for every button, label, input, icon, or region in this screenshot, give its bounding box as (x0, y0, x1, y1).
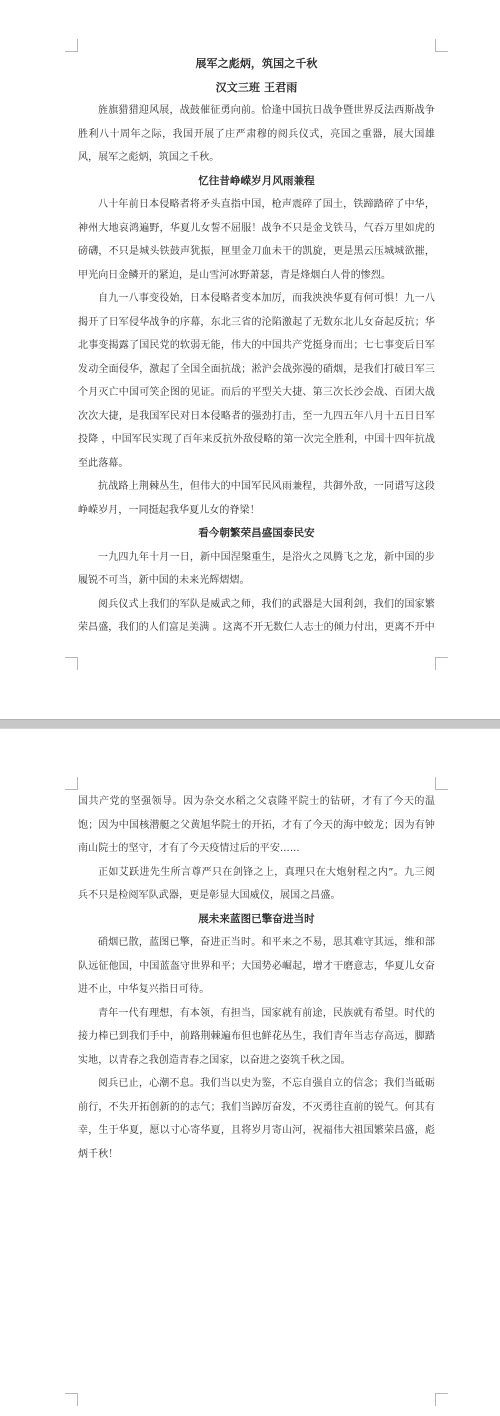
text-boundary-mark (435, 777, 448, 790)
text-boundary-mark (65, 1393, 78, 1406)
document-page-2[interactable]: 国共产党的坚强领导。因为杂交水稻之父袁隆平院士的钻研，才有了今天的温饱；因为中国… (0, 729, 500, 1416)
paragraph: 八十年前日本侵略者将矛头直指中国，枪声震碎了国土，铁蹄踏碎了中华，神州大地哀鸿遍… (78, 193, 435, 287)
page-1-text-area: 展军之彪炳，筑国之千秋 汉文三班 王君雨 旌旗猎猎迎风展，战鼓催征勇向前。恰逢中… (78, 52, 435, 640)
paragraph: 正如艾跃进先生所言尊严只在剑锋之上，真理只在大炮射程之内”。九三阅兵不只是检阅军… (78, 861, 435, 908)
text-boundary-mark (65, 39, 78, 52)
paragraph: 硝烟已散，蓝图已擎，奋进正当时。和平来之不易，思其难守其远，维和部队远征他国，中… (78, 931, 435, 1002)
page-2-text-area: 国共产党的坚强领导。因为杂交水稻之父袁隆平院士的钻研，才有了今天的温饱；因为中国… (78, 790, 435, 1166)
text-boundary-mark (435, 657, 448, 670)
doc-title: 展军之彪炳，筑国之千秋 (78, 52, 435, 76)
paragraph: 自九一八事变役始，日本侵略者变本加厉，而我泱泱华夏有何可惧！九一八揭开了日军侵华… (78, 287, 435, 475)
paragraph: 青年一代有理想，有本领，有担当，国家就有前途，民族就有希望。时代的接力棒已到我们… (78, 1002, 435, 1073)
paragraph: 阅兵仪式上我们的军队是威武之师，我们的武器是大国利剑，我们的国家繁荣昌盛，我们的… (78, 593, 435, 640)
text-boundary-mark (435, 1393, 448, 1406)
paragraph: 抗战路上荆棘丛生，但伟大的中国军民风雨兼程，共御外敌，一同谱写这段峥嵘岁月，一同… (78, 475, 435, 522)
doc-byline: 汉文三班 王君雨 (78, 76, 435, 100)
text-boundary-mark (65, 657, 78, 670)
paragraph-continued: 国共产党的坚强领导。因为杂交水稻之父袁隆平院士的钻研，才有了今天的温饱；因为中国… (78, 790, 435, 861)
section-heading: 看今朝繁荣昌盛国泰民安 (78, 522, 435, 546)
paragraph: 一九四九年十月一日，新中国涅槃重生，是浴火之凤腾飞之龙，新中国的步履锐不可当，新… (78, 546, 435, 593)
paragraph: 旌旗猎猎迎风展，战鼓催征勇向前。恰逢中国抗日战争暨世界反法西斯战争胜利八十周年之… (78, 99, 435, 170)
document-page-1[interactable]: 展军之彪炳，筑国之千秋 汉文三班 王君雨 旌旗猎猎迎风展，战鼓催征勇向前。恰逢中… (0, 0, 500, 719)
text-boundary-mark (65, 777, 78, 790)
section-heading: 展未来蓝图已擎奋进当时 (78, 908, 435, 932)
text-boundary-mark (435, 39, 448, 52)
paragraph: 阅兵已止，心潮不息。我们当以史为鉴，不忘自强自立的信念；我们当砥砺前行，不失开拓… (78, 1072, 435, 1166)
page-gap-separator (0, 719, 500, 729)
section-heading: 忆往昔峥嵘岁月风雨兼程 (78, 170, 435, 194)
